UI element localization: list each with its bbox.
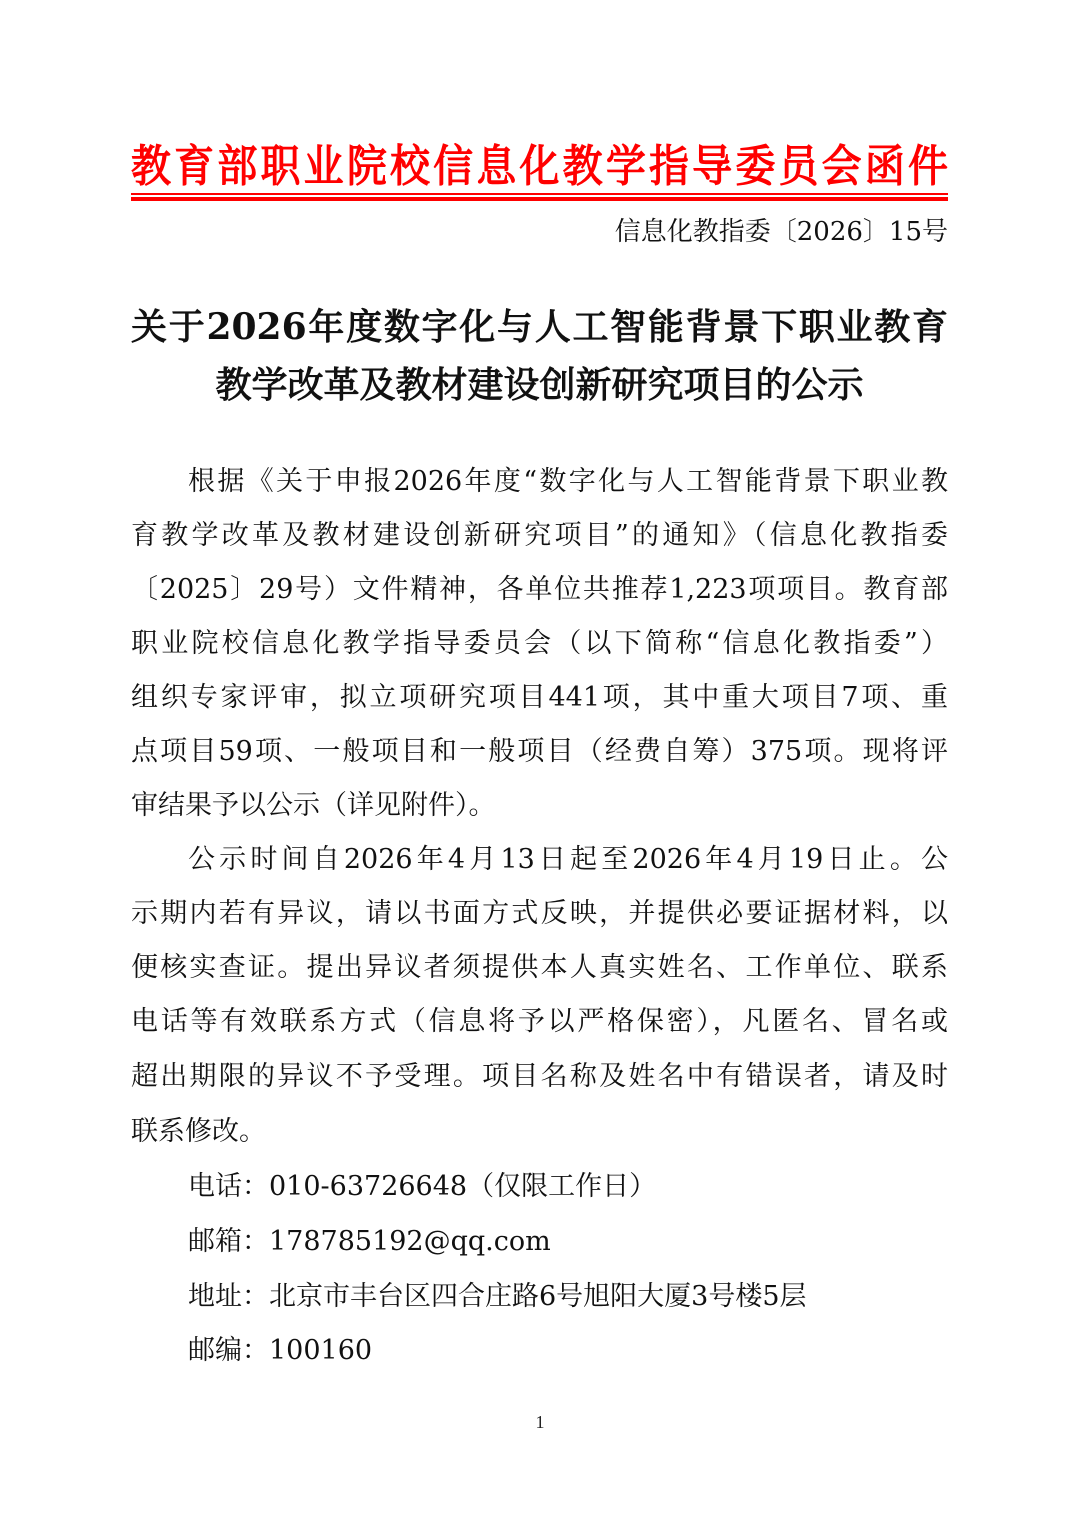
paragraph-line: 组织专家评审，拟立项研究项目441项，其中重大项目7项、重 (131, 678, 948, 718)
paragraph-line: 点项目59项、一般项目和一般项目（经费自筹）375项。现将评 (131, 732, 948, 772)
address-value: 北京市丰台区四合庄路6号旭阳大厦3号楼5层 (269, 1281, 807, 1312)
page-number: 1 (528, 1412, 552, 1433)
address-label: 地址： (188, 1277, 269, 1317)
phone-value: 010-63726648（仅限工作日） (269, 1171, 656, 1202)
letterhead-rule-thick (131, 197, 948, 201)
main-title-line-2: 教学改革及教材建设创新研究项目的公示 (131, 361, 948, 409)
document-number: 信息化教指委〔2026〕15号 (615, 214, 948, 250)
document-page: 教育部职业院校信息化教学指导委员会函件 信息化教指委〔2026〕15号 关于20… (0, 0, 1080, 1527)
paragraph-line: 根据《关于申报2026年度“数字化与人工智能背景下职业教 (188, 462, 948, 502)
paragraph-line: 〔2025〕29号）文件精神，各单位共推荐1,223项项目。教育部 (131, 570, 948, 610)
main-title-line-1: 关于2026年度数字化与人工智能背景下职业教育 (131, 303, 948, 351)
postcode-value: 100160 (269, 1335, 372, 1366)
paragraph-line: 便核实查证。提出异议者须提供本人真实姓名、工作单位、联系 (131, 948, 948, 988)
contact-email: 邮箱：178785192@qq.com (188, 1222, 551, 1262)
phone-label: 电话： (188, 1167, 269, 1207)
paragraph-line: 职业院校信息化教学指导委员会（以下简称“信息化教指委”） (131, 624, 948, 664)
paragraph-line: 育教学改革及教材建设创新研究项目”的通知》（信息化教指委 (131, 516, 948, 556)
contact-postcode: 邮编：100160 (188, 1331, 372, 1371)
paragraph-line: 电话等有效联系方式（信息将予以严格保密），凡匿名、冒名或 (131, 1002, 948, 1042)
letterhead-title: 教育部职业院校信息化教学指导委员会函件 (131, 138, 948, 195)
contact-phone: 电话：010-63726648（仅限工作日） (188, 1167, 656, 1207)
email-label: 邮箱： (188, 1222, 269, 1262)
paragraph-line: 审结果予以公示（详见附件）。 (131, 786, 948, 826)
paragraph-line: 示期内若有异议，请以书面方式反映，并提供必要证据材料，以 (131, 894, 948, 934)
paragraph-line: 联系修改。 (131, 1112, 948, 1152)
paragraph-line: 公示时间自2026年4月13日起至2026年4月19日止。公 (188, 840, 948, 880)
paragraph-line: 超出期限的异议不予受理。项目名称及姓名中有错误者，请及时 (131, 1057, 948, 1097)
postcode-label: 邮编： (188, 1331, 269, 1371)
letterhead-rule-thin (131, 193, 948, 195)
email-value: 178785192@qq.com (269, 1226, 551, 1257)
contact-address: 地址：北京市丰台区四合庄路6号旭阳大厦3号楼5层 (188, 1277, 807, 1317)
